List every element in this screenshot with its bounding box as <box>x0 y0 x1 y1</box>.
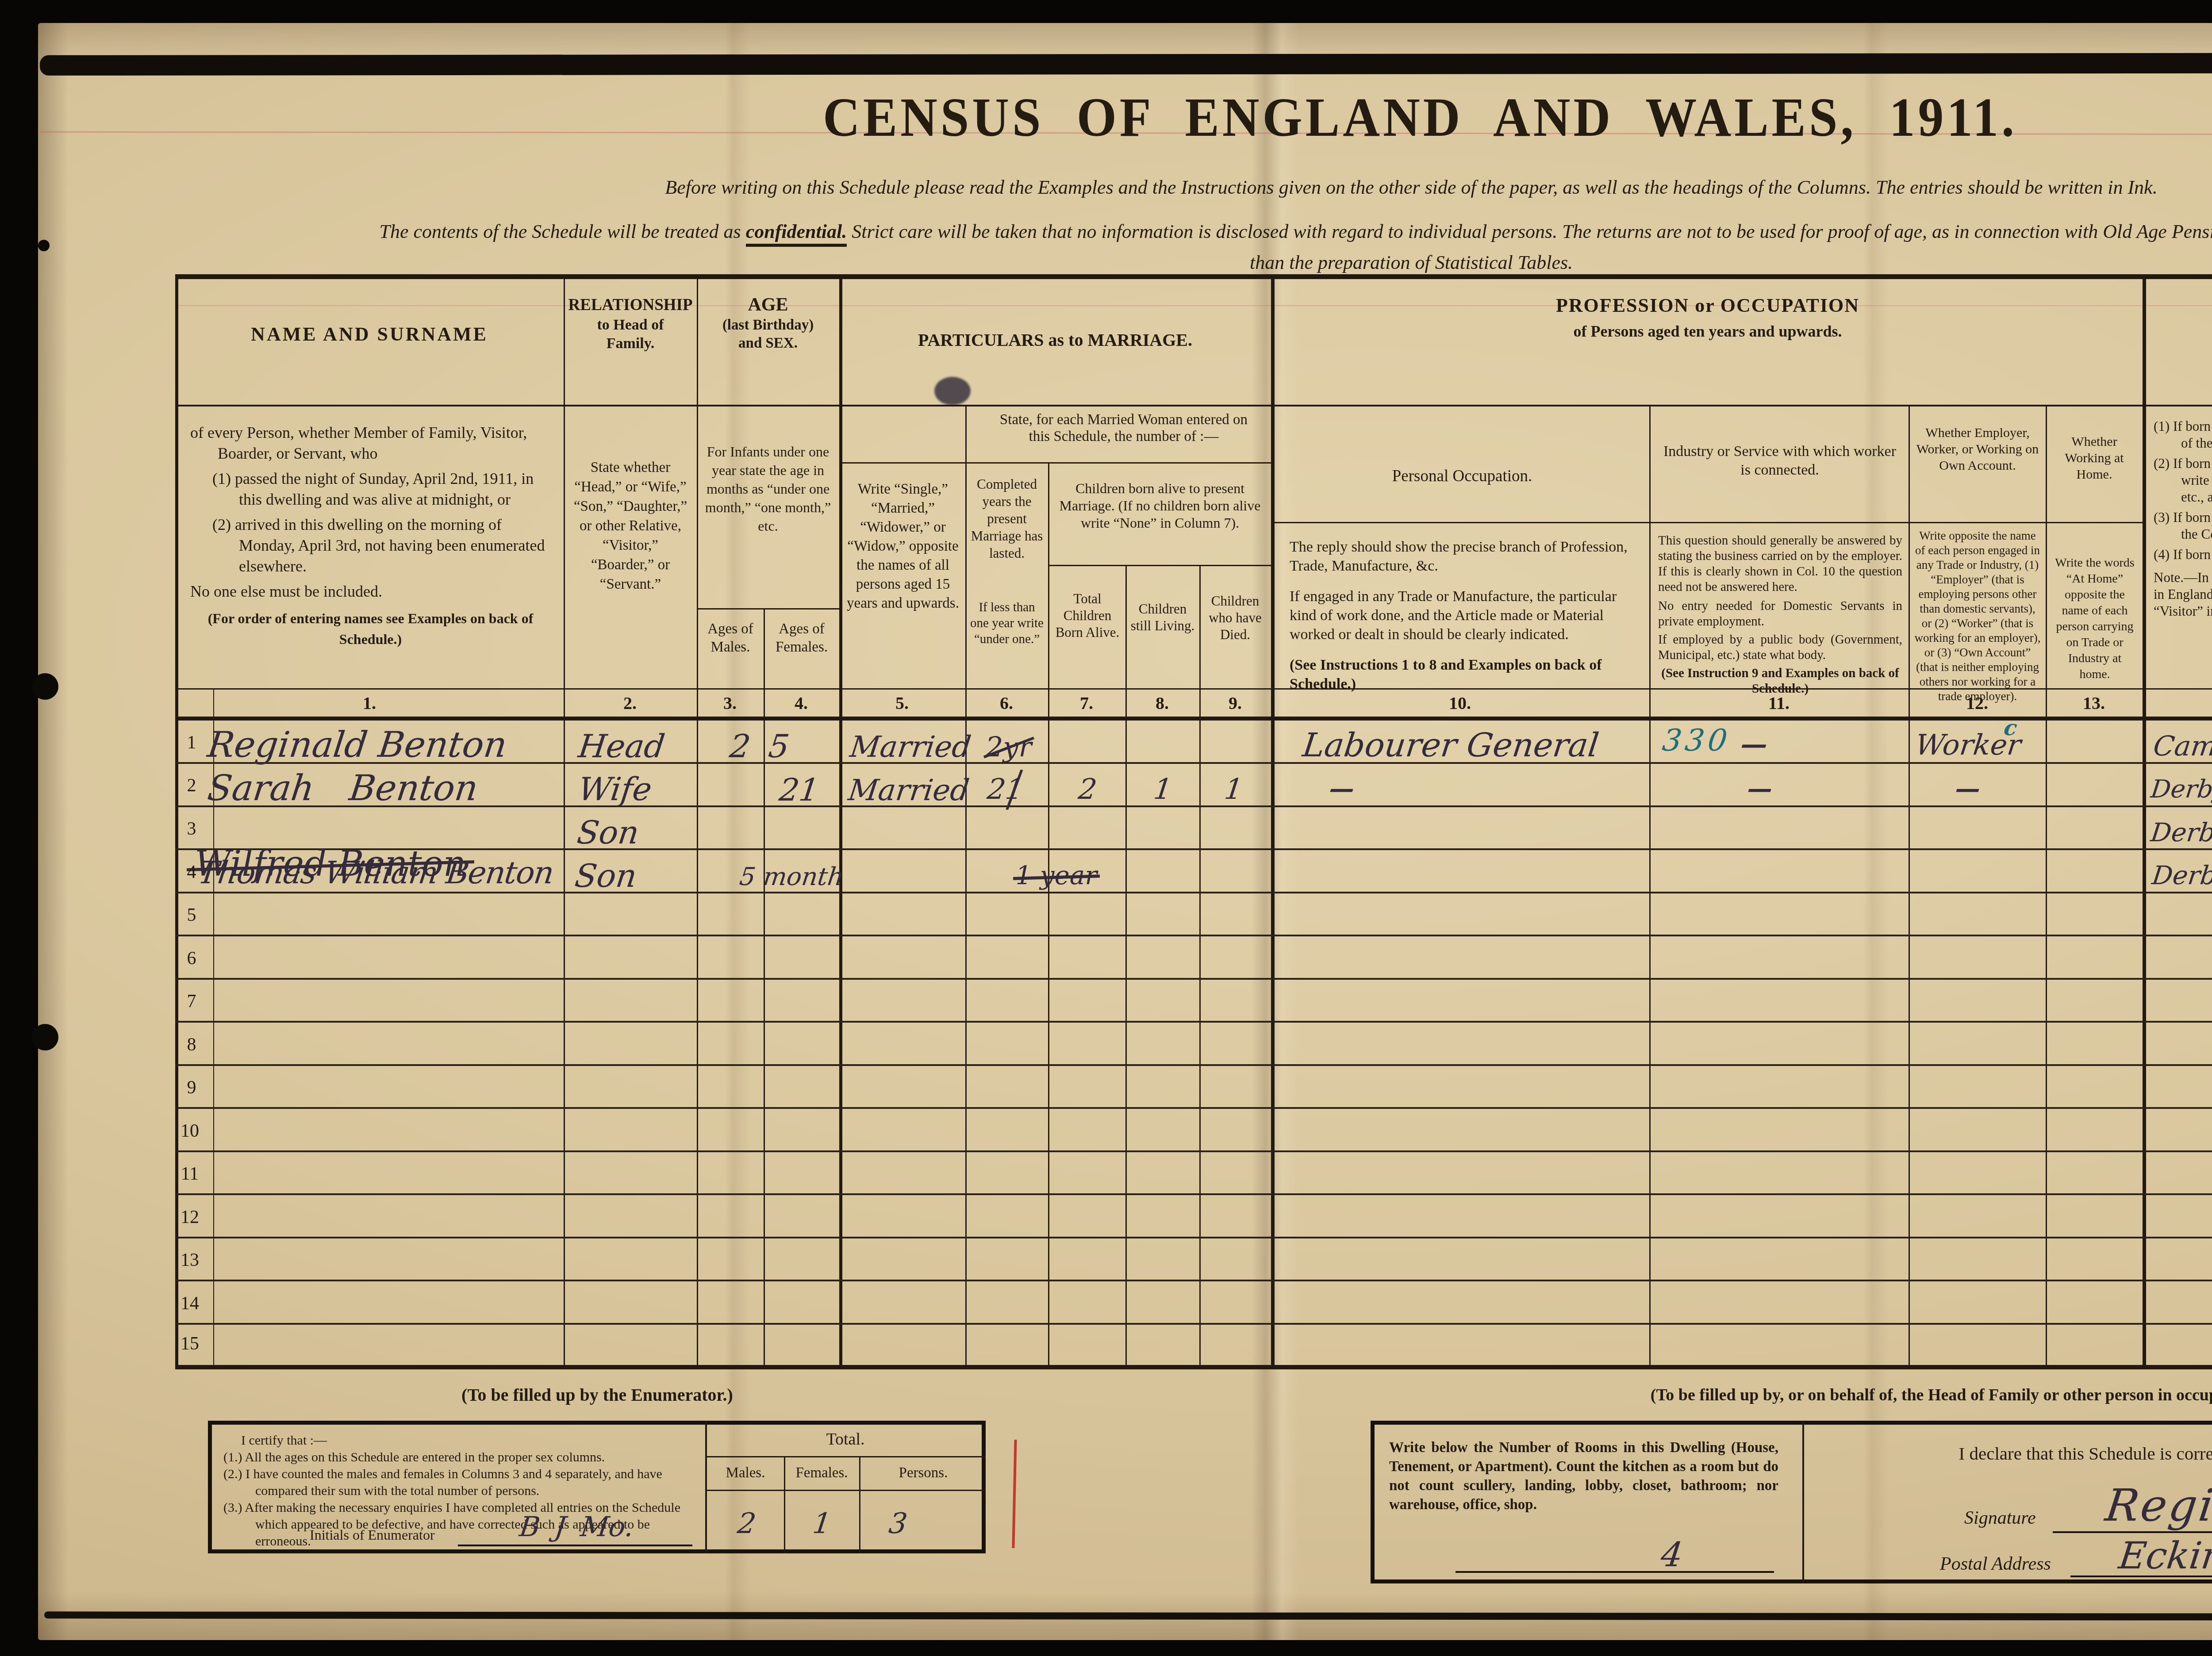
col10-header: Personal Occupation. <box>1283 467 1641 486</box>
signature-label: Signature <box>1964 1507 2036 1529</box>
row-1-occupation-code: 330 <box>1660 723 1732 758</box>
col1-body: of every Person, whether Member of Famil… <box>190 422 551 650</box>
initials-underline <box>458 1545 692 1546</box>
persons-label: Persons. <box>862 1465 985 1481</box>
row-line-10 <box>175 1150 2212 1152</box>
ages-subheader-line <box>697 608 839 609</box>
col-number-2: 2. <box>612 693 648 713</box>
certify-intro: I certify that :— <box>223 1432 695 1449</box>
occupation-subheader-line <box>1271 522 2143 523</box>
row-line-7 <box>175 1021 2212 1023</box>
confidential-pre: The contents of the Schedule will be tre… <box>380 221 746 242</box>
page-title: CENSUS OF ENGLAND AND WALES, 1911. <box>526 86 2212 149</box>
row-line-14 <box>175 1323 2212 1325</box>
declaration-heading: (To be filled up by, or on behalf of, th… <box>1371 1385 2212 1405</box>
row-line-2 <box>175 805 2212 807</box>
divider-col2-col3 <box>697 274 698 1369</box>
postal-address-value: Eckington Road, Coal Aston <box>2116 1534 2212 1577</box>
profession-group-title: PROFESSION or OCCUPATION <box>1279 294 2137 317</box>
col3-header-males: Ages of Males. <box>699 620 762 656</box>
row-line-5 <box>175 935 2212 936</box>
col-number-6: 6. <box>989 693 1024 713</box>
col8-header: Children still Living. <box>1129 601 1196 634</box>
divider-col13-col14 <box>2143 274 2146 1369</box>
signature-underline <box>2053 1531 2212 1533</box>
certify-item-1: (1.) All the ages on this Schedule are e… <box>223 1449 695 1466</box>
row-14-number: 14 <box>174 1293 205 1314</box>
col-number-5: 5. <box>884 693 920 713</box>
col-number-9: 9. <box>1217 693 1253 713</box>
row-2-occupation-mark: — <box>1328 774 1356 803</box>
row-15-number: 15 <box>174 1333 205 1354</box>
persons-value: 3 <box>852 1507 944 1540</box>
confidential-post: Strict care will be taken that no inform… <box>847 221 2212 242</box>
col13-body: Write the words “At Home” opposite the n… <box>2053 555 2137 682</box>
col7-header: Total Children Born Alive. <box>1053 590 1122 641</box>
col-number-13: 13. <box>2076 693 2112 713</box>
divider-col5-col6 <box>965 405 967 1369</box>
top-fold-edge <box>40 53 2212 76</box>
row-5-number: 5 <box>176 905 207 926</box>
col5-body: Write “Single,” “Married,” “Widower,” or… <box>845 480 961 613</box>
row-3-age: 1 year <box>1015 860 1097 890</box>
divider-col8-col9 <box>1199 565 1201 1369</box>
col1-item1: (1) passed the night of Sunday, April 2n… <box>190 468 551 510</box>
males-label: Males. <box>708 1465 783 1481</box>
col3-4-subtitle: (last Birthday) and SEX. <box>714 316 822 353</box>
row-line-13 <box>175 1280 2212 1281</box>
row-2-employment-mark: — <box>1954 774 1982 803</box>
col1-note: (For order of entering names see Example… <box>190 608 551 650</box>
marriage-group-title: PARTICULARS as to MARRIAGE. <box>845 330 1265 350</box>
col12-header: Whether Employer, Worker, or Working on … <box>1913 425 2042 474</box>
col11-p2: No entry needed for Domestic Servants in… <box>1658 598 1902 629</box>
row-1-birthplace: Cambridge, Swavesey <box>2152 730 2212 762</box>
rooms-value-underline <box>1455 1571 1774 1573</box>
row-6-number: 6 <box>176 948 207 969</box>
table-bottom-border <box>175 1365 2212 1369</box>
row-2-relationship: Wife <box>576 770 654 808</box>
col11-p1: This question should generally be answer… <box>1658 533 1902 595</box>
row-2-number: 2 <box>176 775 207 796</box>
col-number-7: 7. <box>1069 693 1104 713</box>
col10-p2: If engaged in any Trade or Manufacture, … <box>1290 587 1635 644</box>
row-3-number: 3 <box>176 818 207 839</box>
profession-group-subtitle: of Persons aged ten years and upwards. <box>1279 322 2137 341</box>
row-2-children-born: 2 <box>1076 773 1098 806</box>
data-top-border <box>175 717 2212 721</box>
certify-item-2: (2.) I have counted the males and female… <box>223 1466 695 1499</box>
col11-body: This question should generally be answer… <box>1658 533 1902 697</box>
row-12-number: 12 <box>174 1207 205 1228</box>
divider-col4-col5 <box>839 274 842 1369</box>
row-1-marriage: Married <box>848 730 973 764</box>
col14-title: BIRTHPLACE <box>2150 302 2212 322</box>
col10-p1: The reply should show the precise branch… <box>1290 537 1635 575</box>
col10-p3: (See Instructions 1 to 8 and Examples on… <box>1290 655 1635 694</box>
initials-value: B J Mo. <box>518 1510 636 1543</box>
row-1-number: 1 <box>176 732 207 753</box>
row-10-number: 10 <box>174 1120 205 1142</box>
divider-col7-col8 <box>1125 565 1127 1369</box>
hole-punch-top <box>38 240 50 251</box>
ink-blot <box>934 377 971 405</box>
row-4-name: Thomas William Benton <box>196 855 555 891</box>
row-7-number: 7 <box>176 991 207 1012</box>
signature-value: Reginald Benton <box>2103 1480 2212 1531</box>
scanned-census-document: { "header": { "title": "CENSUS OF ENGLAN… <box>0 0 2212 1656</box>
col9-header: Children who have Died. <box>1202 593 1268 643</box>
row-line-11 <box>175 1193 2212 1195</box>
row-4-birthplace: Derbyshire, Coal Aston <box>2151 860 2212 890</box>
initials-label: Initials of Enumerator <box>310 1527 435 1543</box>
table-top-border <box>175 274 2212 279</box>
enumerator-heading: (To be filled up by the Enumerator.) <box>208 1384 987 1405</box>
row-11-number: 11 <box>174 1163 205 1184</box>
confidential-notice-line2: than the preparation of Statistical Tabl… <box>186 251 2212 274</box>
col-number-12: 12. <box>1959 693 1995 713</box>
col-number-8: 8. <box>1144 693 1180 713</box>
marriage-subheader-line <box>839 462 1271 464</box>
row-line-6 <box>175 978 2212 980</box>
row-2-age: 21 <box>777 772 821 808</box>
col10-body: The reply should show the precise branch… <box>1290 537 1635 694</box>
col11-p3: If employed by a public body (Government… <box>1658 632 1902 663</box>
hole-punch-bottom <box>32 1024 58 1050</box>
col14-note: Note.—In the case of persons born elsewh… <box>2154 569 2212 620</box>
divider-col9-col10 <box>1271 274 1275 1369</box>
group-header-underline <box>175 405 2212 406</box>
rooms-cell-divider <box>1802 1421 1804 1583</box>
declaration-statement: I declare that this Schedule is correctl… <box>1818 1443 2212 1464</box>
row-1-years-married: 2yr <box>986 731 1032 763</box>
intro-instruction: Before writing on this Schedule please r… <box>186 176 2212 199</box>
row-4-relationship: Son <box>573 857 639 894</box>
hole-punch-middle <box>32 673 58 700</box>
row-line-4 <box>175 892 2212 893</box>
col-number-4: 4. <box>783 693 819 713</box>
col14-p1: (1) If born in the United Kingdom, write… <box>2154 418 2212 452</box>
col6-body2: If less than one year write “under one.” <box>970 599 1044 647</box>
col3-4-infants-note: For Infants under one year state the age… <box>700 442 836 535</box>
col1-no-one: No one else must be included. <box>190 581 551 602</box>
col11-p4: (See Instruction 9 and Examples on back … <box>1658 666 1902 697</box>
row-2-marriage: Married <box>846 773 971 807</box>
row-line-8 <box>175 1064 2212 1066</box>
divider-col3-col4 <box>764 608 765 1369</box>
row-1-name: Reginald Benton <box>205 724 509 765</box>
col4-header-females: Ages of Females. <box>766 620 837 656</box>
col-number-11: 11. <box>1761 693 1797 713</box>
divider-col1-col2 <box>564 274 565 1369</box>
col1-intro: of every Person, whether Member of Famil… <box>190 422 551 464</box>
row-1-occupation: Labourer General <box>1301 726 1601 764</box>
males-value: 2 <box>709 1507 784 1540</box>
row-3-birthplace: Derbyshire, Coal Aston <box>2149 817 2212 847</box>
row-line-12 <box>175 1237 2212 1238</box>
col14-subtitle: of every person. <box>2150 324 2212 341</box>
row-9-number: 9 <box>176 1077 207 1098</box>
col6-body: Com­pleted years the present Marriage ha… <box>970 475 1044 562</box>
col2-body: State whether “Head,” or “Wife,” “Son,” … <box>572 458 689 594</box>
total-label: Total. <box>705 1430 986 1449</box>
row-3-relationship: Son <box>575 814 641 851</box>
col14-body: (1) If born in the United Kingdom, write… <box>2154 418 2212 620</box>
divider-col6-col7 <box>1048 462 1049 1369</box>
females-label: Females. <box>785 1465 858 1481</box>
col1-item2: (2) arrived in this dwelling on the morn… <box>190 514 551 577</box>
confidential-notice: The contents of the Schedule will be tre… <box>111 220 2212 243</box>
col14-p2: (2) If born in any other part of the Bri… <box>2154 455 2212 506</box>
children-subheader-line <box>1048 565 1271 566</box>
row-line-3 <box>175 848 2212 850</box>
marriage-subheader: State, for each Married Woman entered on… <box>991 411 1256 445</box>
col-number-3: 3. <box>712 693 748 713</box>
row-2-name: Sarah Benton <box>205 767 480 809</box>
confidential-word: confidential. <box>746 221 847 247</box>
col14-p4: (4) If born at sea, write “At Sea.” <box>2154 546 2212 563</box>
col1-title: NAME AND SURNAME <box>186 323 553 345</box>
col11-header: Industry or Service with which worker is… <box>1657 442 1903 479</box>
divider-col10-col11 <box>1649 405 1651 1369</box>
col13-header: Whether Working at Home. <box>2050 433 2139 483</box>
row-1-relationship: Head <box>576 728 667 765</box>
row-1-occupation-code-dash: — <box>1739 729 1770 760</box>
footer-numbers-top-line <box>175 688 2212 690</box>
rooms-instruction: Write below the Number of Rooms in this … <box>1389 1438 1778 1514</box>
totals-labels-underline <box>705 1490 986 1491</box>
col12-body: Write opposite the name of each person e… <box>1914 529 2041 704</box>
row-2-birthplace: Derbyshire, Holmesfield <box>2149 775 2212 804</box>
row-1-age: 25 <box>728 728 810 765</box>
total-underline <box>705 1456 986 1457</box>
col3-4-title: AGE <box>701 294 835 315</box>
row-4-age: 5 month <box>738 862 845 891</box>
col14-p3: (3) If born in a Foreign Country, write … <box>2154 509 2212 543</box>
females-value: 1 <box>784 1507 859 1540</box>
divider-col11-col12 <box>1909 405 1910 1369</box>
row-line-9 <box>175 1107 2212 1109</box>
row-2-industry-mark: — <box>1746 774 1774 803</box>
row-2-years-married: 21 <box>985 773 1025 806</box>
divider-col12-col13 <box>2046 405 2047 1369</box>
children-subheader: Children born alive to present Marriage.… <box>1055 480 1265 532</box>
col2-title: RELATIONSHIP <box>566 295 695 314</box>
postal-address-label: Postal Address <box>1940 1553 2051 1575</box>
col-number-1: 1. <box>352 693 387 713</box>
col2-subtitle: to Head of Family. <box>584 316 677 353</box>
row-8-number: 8 <box>176 1034 207 1055</box>
row-13-number: 13 <box>174 1250 205 1271</box>
col-number-10: 10. <box>1442 693 1478 713</box>
